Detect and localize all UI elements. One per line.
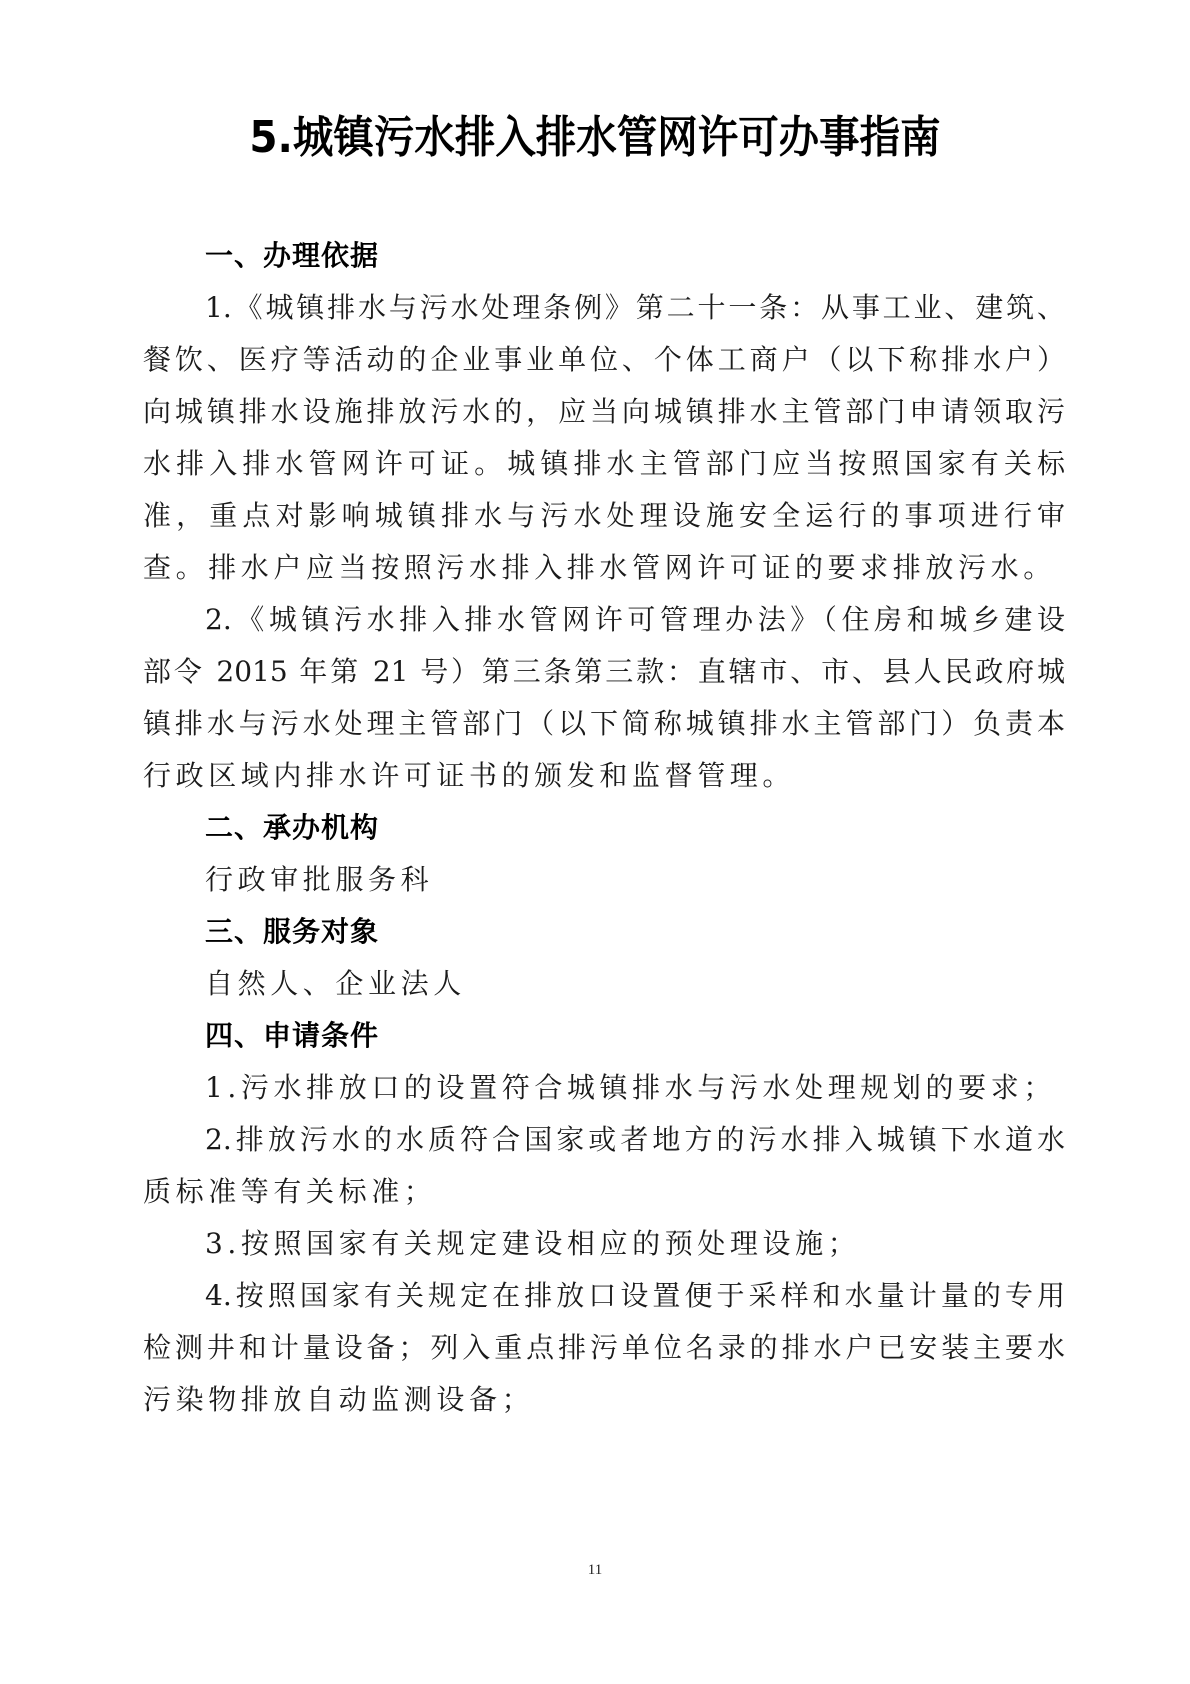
paragraph-line: 行政区域内排水许可证书的颁发和监督管理。 — [143, 750, 1065, 802]
page-number: 11 — [0, 1562, 1190, 1579]
section-heading-target: 三、服务对象 — [143, 906, 1065, 958]
paragraph-line: 2.《城镇污水排入排水管网许可管理办法》（住房和城乡建设 — [143, 594, 1065, 646]
paragraph-line: 向城镇排水设施排放污水的，应当向城镇排水主管部门申请领取污 — [143, 386, 1065, 438]
page-title: 5.城镇污水排入排水管网许可办事指南 — [48, 108, 1143, 168]
document-page: 5.城镇污水排入排水管网许可办事指南 一、办理依据 1.《城镇排水与污水处理条例… — [0, 0, 1190, 1684]
document-body: 一、办理依据 1.《城镇排水与污水处理条例》第二十一条：从事工业、建筑、 餐饮、… — [143, 230, 1065, 1426]
paragraph-line: 行政审批服务科 — [143, 854, 1065, 906]
section-heading-basis: 一、办理依据 — [143, 230, 1065, 282]
paragraph-line: 污染物排放自动监测设备； — [143, 1374, 1065, 1426]
paragraph-line: 4.按照国家有关规定在排放口设置便于采样和水量计量的专用 — [143, 1270, 1065, 1322]
paragraph-line: 自然人、企业法人 — [143, 958, 1065, 1010]
paragraph-line: 餐饮、医疗等活动的企业事业单位、个体工商户（以下称排水户） — [143, 334, 1065, 386]
section-heading-conditions: 四、申请条件 — [143, 1010, 1065, 1062]
paragraph-line: 镇排水与污水处理主管部门（以下简称城镇排水主管部门）负责本 — [143, 698, 1065, 750]
paragraph-line: 准，重点对影响城镇排水与污水处理设施安全运行的事项进行审 — [143, 490, 1065, 542]
paragraph-line: 质标准等有关标准； — [143, 1166, 1065, 1218]
paragraph-line: 水排入排水管网许可证。城镇排水主管部门应当按照国家有关标 — [143, 438, 1065, 490]
section-heading-agency: 二、承办机构 — [143, 802, 1065, 854]
paragraph-line: 1.污水排放口的设置符合城镇排水与污水处理规划的要求； — [143, 1062, 1065, 1114]
paragraph-line: 部令 2015 年第 21 号）第三条第三款：直辖市、市、县人民政府城 — [143, 646, 1065, 698]
paragraph-line: 3.按照国家有关规定建设相应的预处理设施； — [143, 1218, 1065, 1270]
paragraph-line: 2.排放污水的水质符合国家或者地方的污水排入城镇下水道水 — [143, 1114, 1065, 1166]
paragraph-line: 1.《城镇排水与污水处理条例》第二十一条：从事工业、建筑、 — [143, 282, 1065, 334]
paragraph-line: 查。排水户应当按照污水排入排水管网许可证的要求排放污水。 — [143, 542, 1065, 594]
paragraph-line: 检测井和计量设备；列入重点排污单位名录的排水户已安装主要水 — [143, 1322, 1065, 1374]
